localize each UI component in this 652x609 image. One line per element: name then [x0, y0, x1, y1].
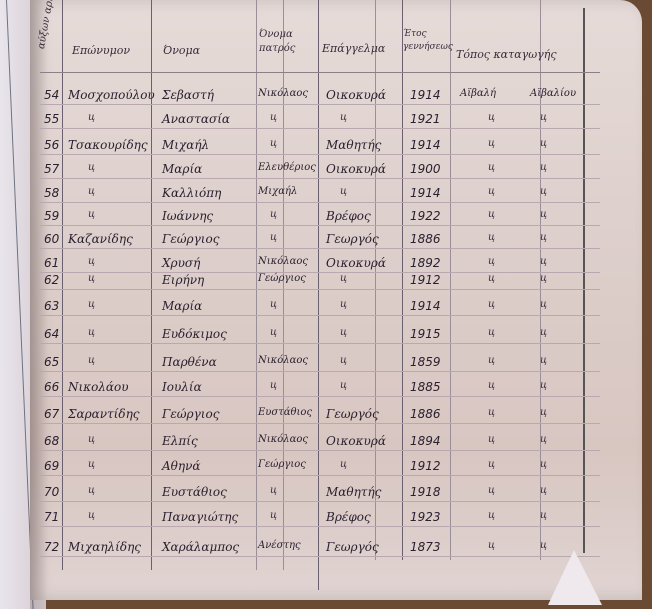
occupation-cell: Οικοκυρά: [326, 434, 386, 448]
surname-cell: Τσακουρίδης: [68, 138, 148, 152]
row-rule: [40, 104, 600, 105]
row-number: 69: [44, 459, 59, 473]
father-name-cell: ц: [270, 112, 277, 123]
occupation-cell: Γεωργός: [326, 407, 379, 421]
name-cell: Ευδόκιμος: [162, 327, 227, 341]
birth-year-cell: 1914: [410, 186, 441, 200]
surname-cell: Καζανίδης: [68, 232, 133, 246]
row-rule: [40, 178, 600, 179]
row-number: 55: [44, 112, 59, 126]
birth-year-cell: 1914: [410, 299, 441, 313]
birth-year-cell: 1923: [410, 510, 441, 524]
father-name-cell: Μιχαήλ: [258, 186, 297, 197]
row-number: 61: [44, 256, 59, 270]
residence-cell-a: Αϊβαλή: [460, 88, 496, 99]
residence-cell-b: ц: [540, 256, 547, 267]
column-rule: [583, 8, 585, 553]
birth-year-cell: 1922: [410, 209, 441, 223]
header-father: Όνομα πατρός: [259, 28, 317, 56]
surname-cell: ц: [88, 459, 95, 470]
row-rule: [40, 154, 600, 155]
occupation-cell: ц: [340, 112, 347, 123]
residence-cell-a: ц: [488, 380, 495, 391]
header-name: Όνομα: [163, 44, 200, 57]
surname-cell: ц: [88, 510, 95, 521]
row-number: 63: [44, 299, 59, 313]
header-surname: Επώνυμον: [72, 44, 130, 57]
father-name-cell: Ανέστης: [258, 540, 301, 551]
occupation-cell: ц: [340, 355, 347, 366]
father-name-cell: ц: [270, 327, 277, 338]
row-rule: [40, 450, 600, 451]
occupation-cell: Βρέφος: [326, 510, 371, 524]
name-cell: Γεώργιος: [162, 407, 219, 421]
residence-cell-b: ц: [540, 186, 547, 197]
row-rule: [40, 396, 600, 397]
name-cell: Μιχαήλ: [162, 138, 209, 152]
row-rule: [40, 526, 600, 527]
row-number: 66: [44, 380, 59, 394]
residence-cell-a: ц: [488, 138, 495, 149]
birth-year-cell: 1921: [410, 112, 441, 126]
father-name-cell: ц: [270, 485, 277, 496]
row-rule: [40, 225, 600, 226]
row-rule: [40, 343, 600, 344]
column-rule: [256, 0, 257, 570]
occupation-cell: Γεωργός: [326, 232, 379, 246]
residence-cell-b: ц: [540, 209, 547, 220]
torn-corner: [548, 550, 602, 605]
birth-year-cell: 1873: [410, 540, 441, 554]
row-rule: [40, 272, 600, 273]
row-rule: [40, 248, 600, 249]
father-name-cell: ц: [270, 209, 277, 220]
residence-cell-a: ц: [488, 256, 495, 267]
name-cell: Μαρία: [162, 162, 202, 176]
father-name-cell: Νικόλαος: [258, 355, 308, 366]
father-name-cell: Νικόλαος: [258, 88, 308, 99]
father-name-cell: ц: [270, 510, 277, 521]
name-cell: Ευστάθιος: [162, 485, 227, 499]
column-rule: [402, 0, 403, 560]
name-cell: Γεώργιος: [162, 232, 219, 246]
occupation-cell: ц: [340, 459, 347, 470]
occupation-cell: Οικοκυρά: [326, 256, 386, 270]
occupation-cell: Μαθητής: [326, 138, 381, 152]
name-cell: Χρυσή: [162, 256, 200, 270]
residence-cell-a: ц: [488, 510, 495, 521]
residence-cell-b: ц: [540, 459, 547, 470]
residence-cell-b: ц: [540, 273, 547, 284]
row-number: 68: [44, 434, 59, 448]
father-name-cell: ц: [270, 299, 277, 310]
column-rule: [62, 0, 63, 570]
residence-cell-a: ц: [488, 273, 495, 284]
occupation-cell: Μαθητής: [326, 485, 381, 499]
row-rule: [40, 315, 600, 316]
residence-cell-b: ц: [540, 232, 547, 243]
row-number: 72: [44, 540, 59, 554]
header-occupation: Επάγγελμα: [322, 42, 385, 55]
header-rule: [40, 72, 600, 73]
surname-cell: Νικολάου: [68, 380, 129, 394]
residence-cell-b: ц: [540, 327, 547, 338]
occupation-cell: ц: [340, 380, 347, 391]
name-cell: Ειρήνη: [162, 273, 204, 287]
surname-cell: ц: [88, 299, 95, 310]
occupation-cell: Οικοκυρά: [326, 88, 386, 102]
name-cell: Αθηνά: [162, 459, 200, 473]
row-rule: [40, 202, 600, 203]
residence-cell-b: ц: [540, 540, 547, 551]
row-number: 62: [44, 273, 59, 287]
column-rule: [375, 0, 376, 560]
residence-cell-b: ц: [540, 380, 547, 391]
birth-year-cell: 1886: [410, 407, 441, 421]
row-number: 59: [44, 209, 59, 223]
surname-cell: Μιχαηλίδης: [68, 540, 141, 554]
residence-cell-a: ц: [488, 162, 495, 173]
column-rule: [450, 0, 451, 560]
father-name-cell: Νικόλαος: [258, 434, 308, 445]
column-rule: [283, 0, 284, 570]
occupation-cell: Βρέφος: [326, 209, 371, 223]
surname-cell: ц: [88, 485, 95, 496]
birth-year-cell: 1914: [410, 88, 441, 102]
surname-cell: ц: [88, 434, 95, 445]
row-number: 57: [44, 162, 59, 176]
surname-cell: ц: [88, 273, 95, 284]
surname-cell: ц: [88, 112, 95, 123]
birth-year-cell: 1915: [410, 327, 441, 341]
residence-cell-a: ц: [488, 209, 495, 220]
surname-cell: Σαραντίδης: [68, 407, 140, 421]
residence-cell-b: ц: [540, 138, 547, 149]
occupation-cell: Γεωργός: [326, 540, 379, 554]
surname-cell: ц: [88, 209, 95, 220]
residence-cell-a: ц: [488, 434, 495, 445]
residence-cell-b: ц: [540, 485, 547, 496]
name-cell: Παρθένα: [162, 355, 217, 369]
name-cell: Αναστασία: [162, 112, 230, 126]
name-cell: Καλλιόπη: [162, 186, 221, 200]
residence-cell-b: ц: [540, 510, 547, 521]
row-number: 56: [44, 138, 59, 152]
row-rule: [40, 501, 600, 502]
surname-cell: ц: [88, 186, 95, 197]
residence-cell-b: ц: [540, 407, 547, 418]
name-cell: Ιουλία: [162, 380, 202, 394]
residence-cell-a: ц: [488, 327, 495, 338]
row-rule: [40, 556, 600, 557]
birth-year-cell: 1918: [410, 485, 441, 499]
row-number: 65: [44, 355, 59, 369]
header-residence: Τόπος καταγωγής: [456, 48, 557, 61]
residence-cell-b: ц: [540, 434, 547, 445]
residence-cell-b: ц: [540, 162, 547, 173]
birth-year-cell: 1859: [410, 355, 441, 369]
birth-year-cell: 1886: [410, 232, 441, 246]
name-cell: Ιωάννης: [162, 209, 213, 223]
surname-cell: ц: [88, 327, 95, 338]
residence-cell-a: ц: [488, 485, 495, 496]
residence-cell-a: ц: [488, 540, 495, 551]
birth-year-cell: 1885: [410, 380, 441, 394]
row-number: 70: [44, 485, 59, 499]
header-birth-year: Έτος γεννήσεως: [403, 28, 449, 54]
surname-cell: ц: [88, 256, 95, 267]
row-rule: [40, 423, 600, 424]
birth-year-cell: 1900: [410, 162, 441, 176]
residence-cell-a: ц: [488, 232, 495, 243]
row-rule: [40, 475, 600, 476]
residence-cell-a: ц: [488, 112, 495, 123]
father-name-cell: Γεώργιος: [258, 273, 306, 284]
birth-year-cell: 1892: [410, 256, 441, 270]
birth-year-cell: 1914: [410, 138, 441, 152]
father-name-cell: Γεώργιος: [258, 459, 306, 470]
residence-cell-a: ц: [488, 407, 495, 418]
birth-year-cell: 1894: [410, 434, 441, 448]
occupation-cell: Οικοκυρά: [326, 162, 386, 176]
surname-cell: Μοσχοπούλου: [68, 88, 155, 102]
row-number: 60: [44, 232, 59, 246]
name-cell: Ελπίς: [162, 434, 198, 448]
residence-cell-b: ц: [540, 355, 547, 366]
column-rule: [151, 0, 152, 570]
row-rule: [40, 128, 600, 129]
occupation-cell: ц: [340, 327, 347, 338]
birth-year-cell: 1912: [410, 273, 441, 287]
father-name-cell: Ευστάθιος: [258, 407, 312, 418]
birth-year-cell: 1912: [410, 459, 441, 473]
occupation-cell: ц: [340, 186, 347, 197]
row-number: 58: [44, 186, 59, 200]
row-rule: [40, 371, 600, 372]
name-cell: Χαράλαμπος: [162, 540, 239, 554]
occupation-cell: ц: [340, 299, 347, 310]
father-name-cell: ц: [270, 380, 277, 391]
row-number: 54: [44, 88, 59, 102]
residence-cell-b: ц: [540, 299, 547, 310]
row-number: 71: [44, 510, 59, 524]
residence-cell-a: ц: [488, 459, 495, 470]
row-rule: [40, 289, 600, 290]
residence-cell-a: ц: [488, 186, 495, 197]
father-name-cell: ц: [270, 232, 277, 243]
name-cell: Σεβαστή: [162, 88, 214, 102]
surname-cell: ц: [88, 355, 95, 366]
residence-cell-a: ц: [488, 299, 495, 310]
occupation-cell: ц: [340, 273, 347, 284]
father-name-cell: Ελευθέριος: [258, 162, 316, 173]
name-cell: Μαρία: [162, 299, 202, 313]
father-name-cell: ц: [270, 138, 277, 149]
residence-cell-b: Αϊβαλίου: [530, 88, 576, 99]
row-number: 64: [44, 327, 59, 341]
name-cell: Παναγιώτης: [162, 510, 238, 524]
father-name-cell: Νικόλαος: [258, 256, 308, 267]
surname-cell: ц: [88, 162, 95, 173]
residence-cell-b: ц: [540, 112, 547, 123]
row-number: 67: [44, 407, 59, 421]
residence-cell-a: ц: [488, 355, 495, 366]
